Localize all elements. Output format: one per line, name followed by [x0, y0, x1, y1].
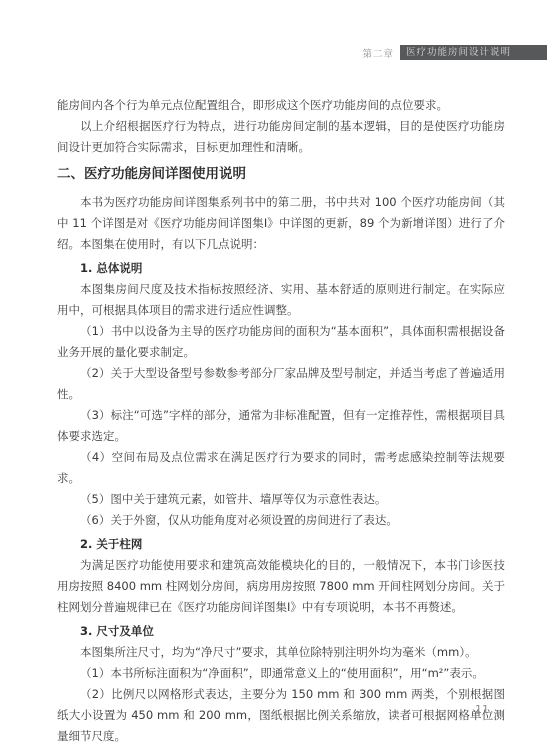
subsection-title-general-notes: 1. 总体说明	[57, 258, 505, 279]
chapter-title-badge: 医疗功能房间设计说明	[400, 45, 547, 60]
page-number: 11	[475, 703, 489, 716]
list-item-paragraph: （4）空间布局及点位需求在满足医疗行为要求的同时，需考虑感染控制等法规要求。	[57, 447, 505, 489]
list-item-paragraph: （1）本书所标注面积为“净面积”，即通常意义上的“使用面积”，用“m²”表示。	[57, 663, 505, 684]
page-header: 第二章 医疗功能房间设计说明	[362, 45, 547, 60]
page-content: 能房间内各个行为单元点位配置组合，即形成这个医疗功能房间的点位要求。 以上介绍根…	[57, 95, 505, 747]
body-paragraph: 本图集房间尺度及技术指标按照经济、实用、基本舒适的原则进行制定。在实际应用中，可…	[57, 279, 505, 321]
list-item-paragraph: （6）关于外窗，仅从功能角度对必须设置的房间进行了表达。	[57, 510, 505, 531]
chapter-label: 第二章	[362, 46, 394, 60]
document-page: 第二章 医疗功能房间设计说明 能房间内各个行为单元点位配置组合，即形成这个医疗功…	[0, 0, 556, 750]
page-footer: 11	[0, 698, 556, 717]
section-lead-paragraph: 本书为医疗功能房间详图集系列书中的第二册，书中共对 100 个医疗功能房间（其中…	[57, 192, 505, 255]
intro-paragraph-continuation: 能房间内各个行为单元点位配置组合，即形成这个医疗功能房间的点位要求。	[57, 95, 505, 116]
subsection-title-dimensions-units: 3. 尺寸及单位	[57, 621, 505, 642]
intro-paragraph: 以上介绍根据医疗行为特点，进行功能房间定制的基本逻辑，目的是使医疗功能房间设计更…	[57, 116, 505, 158]
subsection-title-column-grid: 2. 关于柱网	[57, 534, 505, 555]
body-paragraph: 本图集所注尺寸，均为“净尺寸”要求，其单位除特别注明外均为毫米（mm）。	[57, 642, 505, 663]
list-item-paragraph: （3）标注“可选”字样的部分，通常为非标准配置，但有一定推荐性，需根据项目具体要…	[57, 405, 505, 447]
body-paragraph: 为满足医疗功能使用要求和建筑高效能模块化的目的，一般情况下，本书门诊医技用房按照…	[57, 555, 505, 618]
list-item-paragraph: （2）关于大型设备型号参数参考部分厂家品牌及型号制定，并适当考虑了普遍适用性。	[57, 363, 505, 405]
list-item-paragraph: （1）书中以设备为主导的医疗功能房间的面积为“基本面积”，具体面积需根据设备业务…	[57, 321, 505, 363]
section-title: 二、医疗功能房间详图使用说明	[57, 164, 505, 184]
list-item-paragraph: （5）图中关于建筑元素，如管井、墙厚等仅为示意性表达。	[57, 489, 505, 510]
